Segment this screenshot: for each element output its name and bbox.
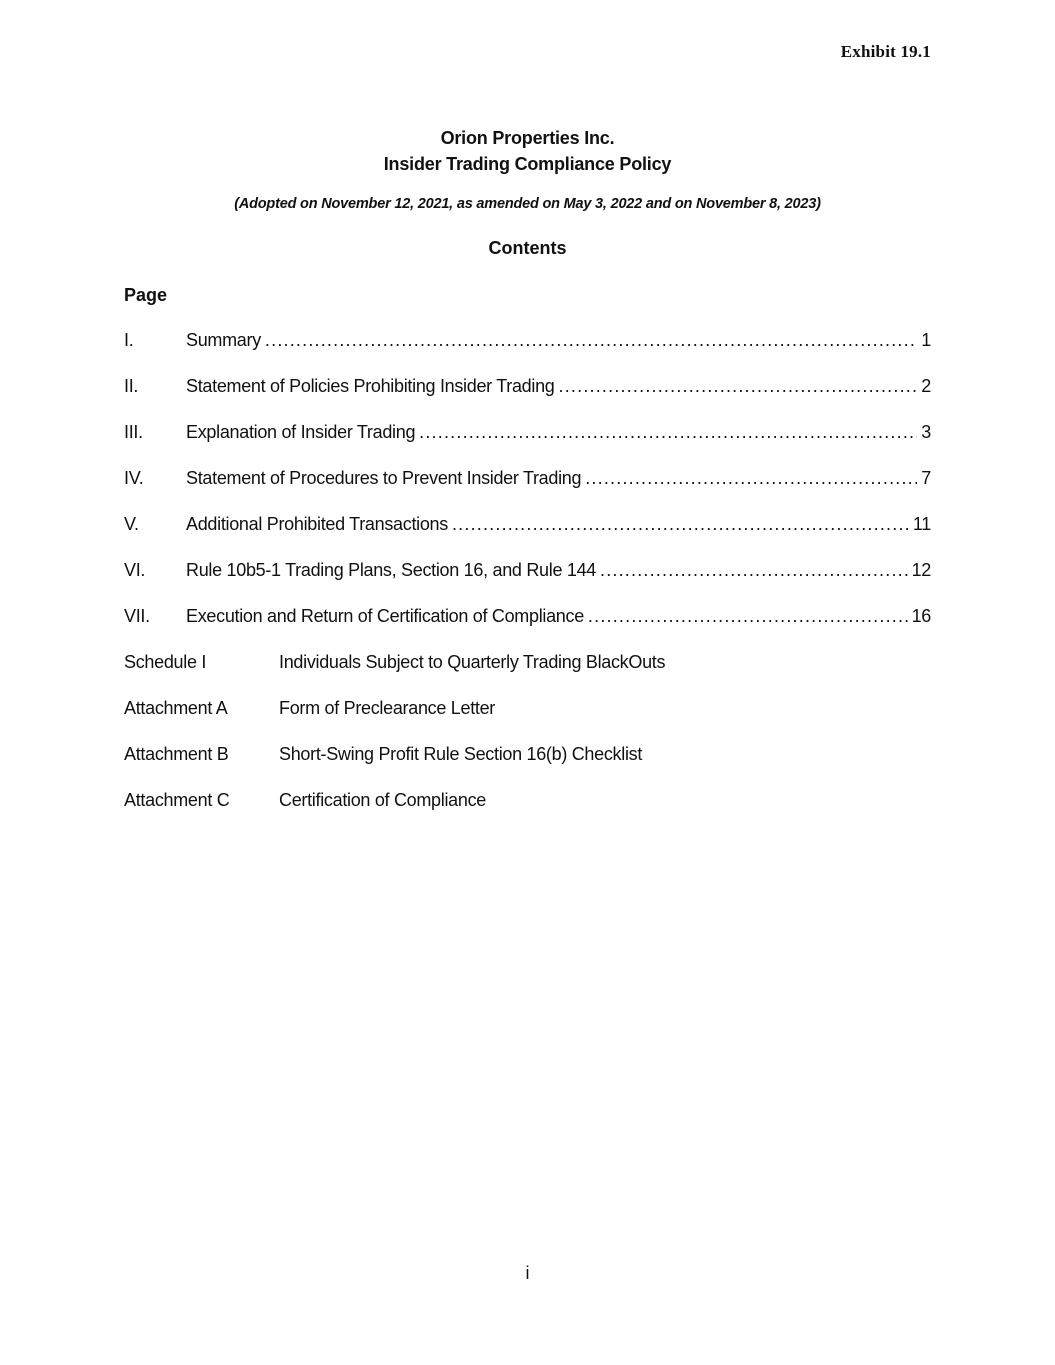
toc-entry[interactable]: III. Explanation of Insider Trading 3: [124, 422, 931, 468]
dot-leader: [452, 514, 909, 535]
attachment-label: Attachment C: [124, 790, 279, 811]
toc-entry-title: Explanation of Insider Trading: [186, 422, 415, 443]
company-name: Orion Properties Inc.: [0, 125, 1055, 151]
toc-entry-number: II.: [124, 376, 186, 397]
toc-entry[interactable]: II. Statement of Policies Prohibiting In…: [124, 376, 931, 422]
toc-entry-page: 16: [912, 606, 931, 627]
toc-entry[interactable]: IV. Statement of Procedures to Prevent I…: [124, 468, 931, 514]
attachment-title: Certification of Compliance: [279, 790, 486, 811]
attachment-title: Form of Preclearance Letter: [279, 698, 495, 719]
toc-entry-page: 12: [912, 560, 931, 581]
toc-entry-number: VII.: [124, 606, 186, 627]
attachment-entry[interactable]: Attachment A Form of Preclearance Letter: [124, 698, 931, 744]
attachment-entry[interactable]: Schedule I Individuals Subject to Quarte…: [124, 652, 931, 698]
dot-leader: [585, 468, 917, 489]
toc-entry-number: IV.: [124, 468, 186, 489]
attachment-label: Attachment A: [124, 698, 279, 719]
toc-entry-title: Rule 10b5-1 Trading Plans, Section 16, a…: [186, 560, 596, 581]
toc-entry-page: 3: [921, 422, 931, 443]
toc-entry[interactable]: V. Additional Prohibited Transactions 11: [124, 514, 931, 560]
dot-leader: [265, 330, 917, 351]
attachment-entry[interactable]: Attachment C Certification of Compliance: [124, 790, 931, 836]
attachment-title: Short-Swing Profit Rule Section 16(b) Ch…: [279, 744, 642, 765]
dot-leader: [419, 422, 917, 443]
toc-entry-title: Additional Prohibited Transactions: [186, 514, 448, 535]
page-column-label: Page: [124, 285, 167, 306]
toc-entry-number: III.: [124, 422, 186, 443]
document-title: Orion Properties Inc. Insider Trading Co…: [0, 125, 1055, 177]
page-number: i: [0, 1263, 1055, 1284]
dot-leader: [588, 606, 908, 627]
toc-entry-page: 2: [921, 376, 931, 397]
exhibit-label: Exhibit 19.1: [841, 42, 931, 62]
toc-entry-title: Statement of Policies Prohibiting Inside…: [186, 376, 555, 397]
toc-entry-page: 1: [921, 330, 931, 351]
attachment-label: Attachment B: [124, 744, 279, 765]
toc-entry-number: I.: [124, 330, 186, 351]
adoption-note: (Adopted on November 12, 2021, as amende…: [0, 196, 1055, 212]
attachments-list: Schedule I Individuals Subject to Quarte…: [124, 652, 931, 836]
dot-leader: [559, 376, 918, 397]
toc-entry-number: V.: [124, 514, 186, 535]
table-of-contents: I. Summary 1 II. Statement of Policies P…: [124, 330, 931, 652]
toc-entry-page: 7: [921, 468, 931, 489]
attachment-title: Individuals Subject to Quarterly Trading…: [279, 652, 665, 673]
attachment-label: Schedule I: [124, 652, 279, 673]
toc-entry-number: VI.: [124, 560, 186, 581]
toc-entry-title: Summary: [186, 330, 261, 351]
policy-title: Insider Trading Compliance Policy: [0, 151, 1055, 177]
attachment-entry[interactable]: Attachment B Short-Swing Profit Rule Sec…: [124, 744, 931, 790]
contents-heading: Contents: [0, 238, 1055, 259]
toc-entry-page: 11: [913, 514, 931, 535]
toc-entry[interactable]: I. Summary 1: [124, 330, 931, 376]
toc-entry[interactable]: VII. Execution and Return of Certificati…: [124, 606, 931, 652]
toc-entry-title: Statement of Procedures to Prevent Insid…: [186, 468, 581, 489]
toc-entry-title: Execution and Return of Certification of…: [186, 606, 584, 627]
dot-leader: [600, 560, 908, 581]
toc-entry[interactable]: VI. Rule 10b5-1 Trading Plans, Section 1…: [124, 560, 931, 606]
